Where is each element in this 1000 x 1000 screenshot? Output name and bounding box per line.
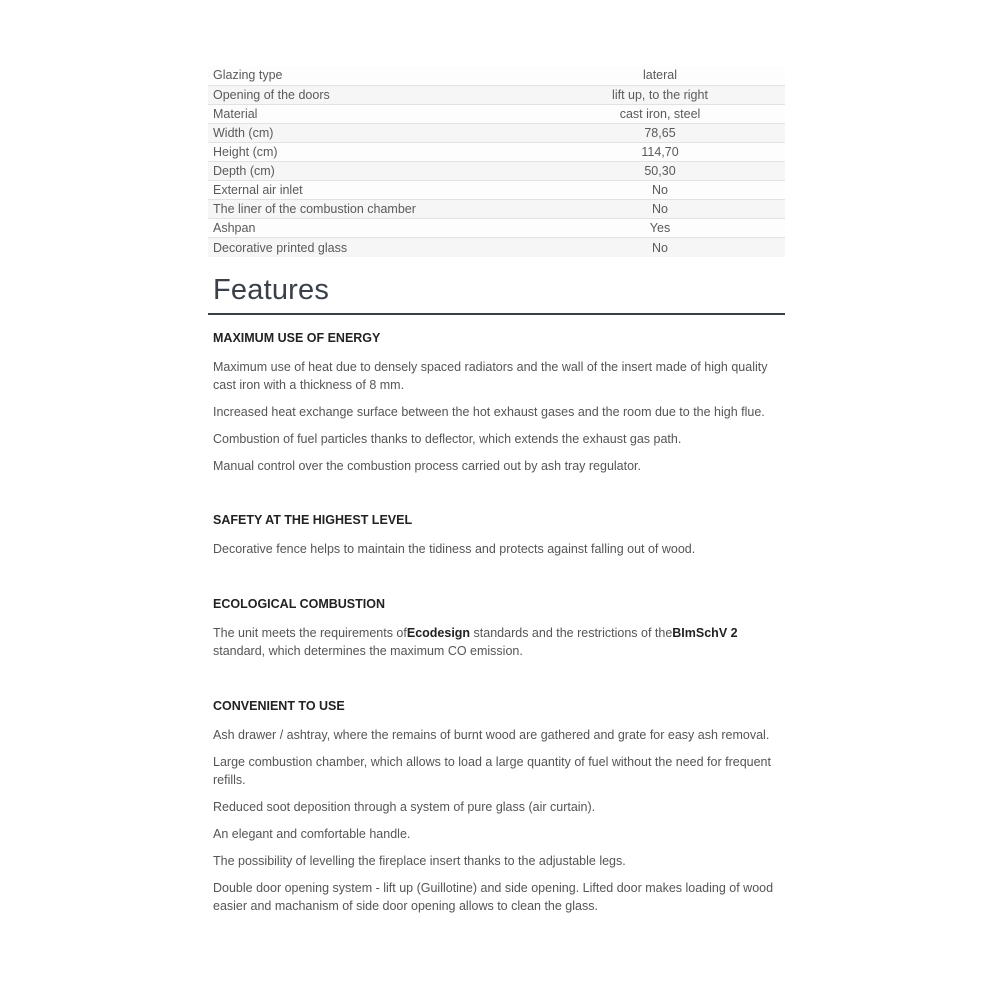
feature-paragraph: An elegant and comfortable handle.	[213, 825, 785, 843]
feature-paragraph: Combustion of fuel particles thanks to d…	[213, 430, 785, 448]
spec-value: 50,30	[600, 162, 720, 180]
spec-value: No	[600, 239, 720, 257]
table-row: Opening of the doors lift up, to the rig…	[208, 85, 785, 104]
feature-paragraph: Reduced soot deposition through a system…	[213, 798, 785, 816]
section-maximum-use-of-energy: MAXIMUM USE OF ENERGY Maximum use of hea…	[208, 330, 785, 475]
feature-paragraph: The unit meets the requirements ofEcodes…	[213, 624, 785, 660]
spec-label: Depth (cm)	[208, 161, 548, 180]
feature-paragraph: Large combustion chamber, which allows t…	[213, 753, 785, 789]
spec-value: Yes	[600, 219, 720, 237]
spec-label: Decorative printed glass	[208, 238, 548, 257]
spec-value: No	[600, 200, 720, 218]
spec-value: lift up, to the right	[600, 86, 720, 104]
eco-text-after: standard, which determines the maximum C…	[213, 644, 523, 658]
feature-paragraph: Increased heat exchange surface between …	[213, 403, 785, 421]
table-row: External air inlet No	[208, 181, 785, 200]
table-row: Depth (cm) 50,30	[208, 161, 785, 180]
spec-label: Height (cm)	[208, 142, 548, 161]
table-row: Width (cm) 78,65	[208, 123, 785, 142]
table-row: Ashpan Yes	[208, 219, 785, 238]
table-row: Height (cm) 114,70	[208, 142, 785, 161]
feature-paragraph: Double door opening system - lift up (Gu…	[213, 879, 785, 915]
spec-label: Width (cm)	[208, 123, 548, 142]
spec-label: The liner of the combustion chamber	[208, 200, 548, 219]
spec-label: Ashpan	[208, 219, 548, 238]
features-heading: Features	[208, 273, 785, 315]
spec-label: External air inlet	[208, 181, 548, 200]
spec-value: lateral	[600, 66, 720, 84]
table-row: The liner of the combustion chamber No	[208, 200, 785, 219]
feature-paragraph: Maximum use of heat due to densely space…	[213, 358, 785, 394]
spec-value: 114,70	[600, 143, 720, 161]
section-safety: SAFETY AT THE HIGHEST LEVEL Decorative f…	[208, 512, 785, 558]
section-heading: SAFETY AT THE HIGHEST LEVEL	[213, 512, 785, 528]
feature-paragraph: Ash drawer / ashtray, where the remains …	[213, 726, 785, 744]
feature-paragraph: Decorative fence helps to maintain the t…	[213, 540, 785, 558]
eco-text-middle: standards and the restrictions of the	[470, 626, 672, 640]
product-details: Glazing type lateral Opening of the door…	[208, 66, 785, 924]
feature-paragraph: Manual control over the combustion proce…	[213, 457, 785, 475]
bimschv-term: BImSchV 2	[672, 626, 737, 640]
table-row: Material cast iron, steel	[208, 104, 785, 123]
section-ecological-combustion: ECOLOGICAL COMBUSTION The unit meets the…	[208, 596, 785, 660]
section-heading: CONVENIENT TO USE	[213, 698, 785, 714]
spec-label: Opening of the doors	[208, 85, 548, 104]
spec-value: No	[600, 181, 720, 199]
spec-value: 78,65	[600, 124, 720, 142]
table-row: Glazing type lateral	[208, 66, 785, 85]
eco-text-before: The unit meets the requirements of	[213, 626, 407, 640]
spec-label: Glazing type	[208, 66, 548, 85]
table-row: Decorative printed glass No	[208, 238, 785, 257]
specifications-table: Glazing type lateral Opening of the door…	[208, 66, 785, 257]
section-convenient-to-use: CONVENIENT TO USE Ash drawer / ashtray, …	[208, 698, 785, 915]
section-heading: ECOLOGICAL COMBUSTION	[213, 596, 785, 612]
spec-label: Material	[208, 104, 548, 123]
ecodesign-term: Ecodesign	[407, 626, 470, 640]
section-heading: MAXIMUM USE OF ENERGY	[213, 330, 785, 346]
feature-paragraph: The possibility of levelling the firepla…	[213, 852, 785, 870]
spec-value: cast iron, steel	[600, 105, 720, 123]
